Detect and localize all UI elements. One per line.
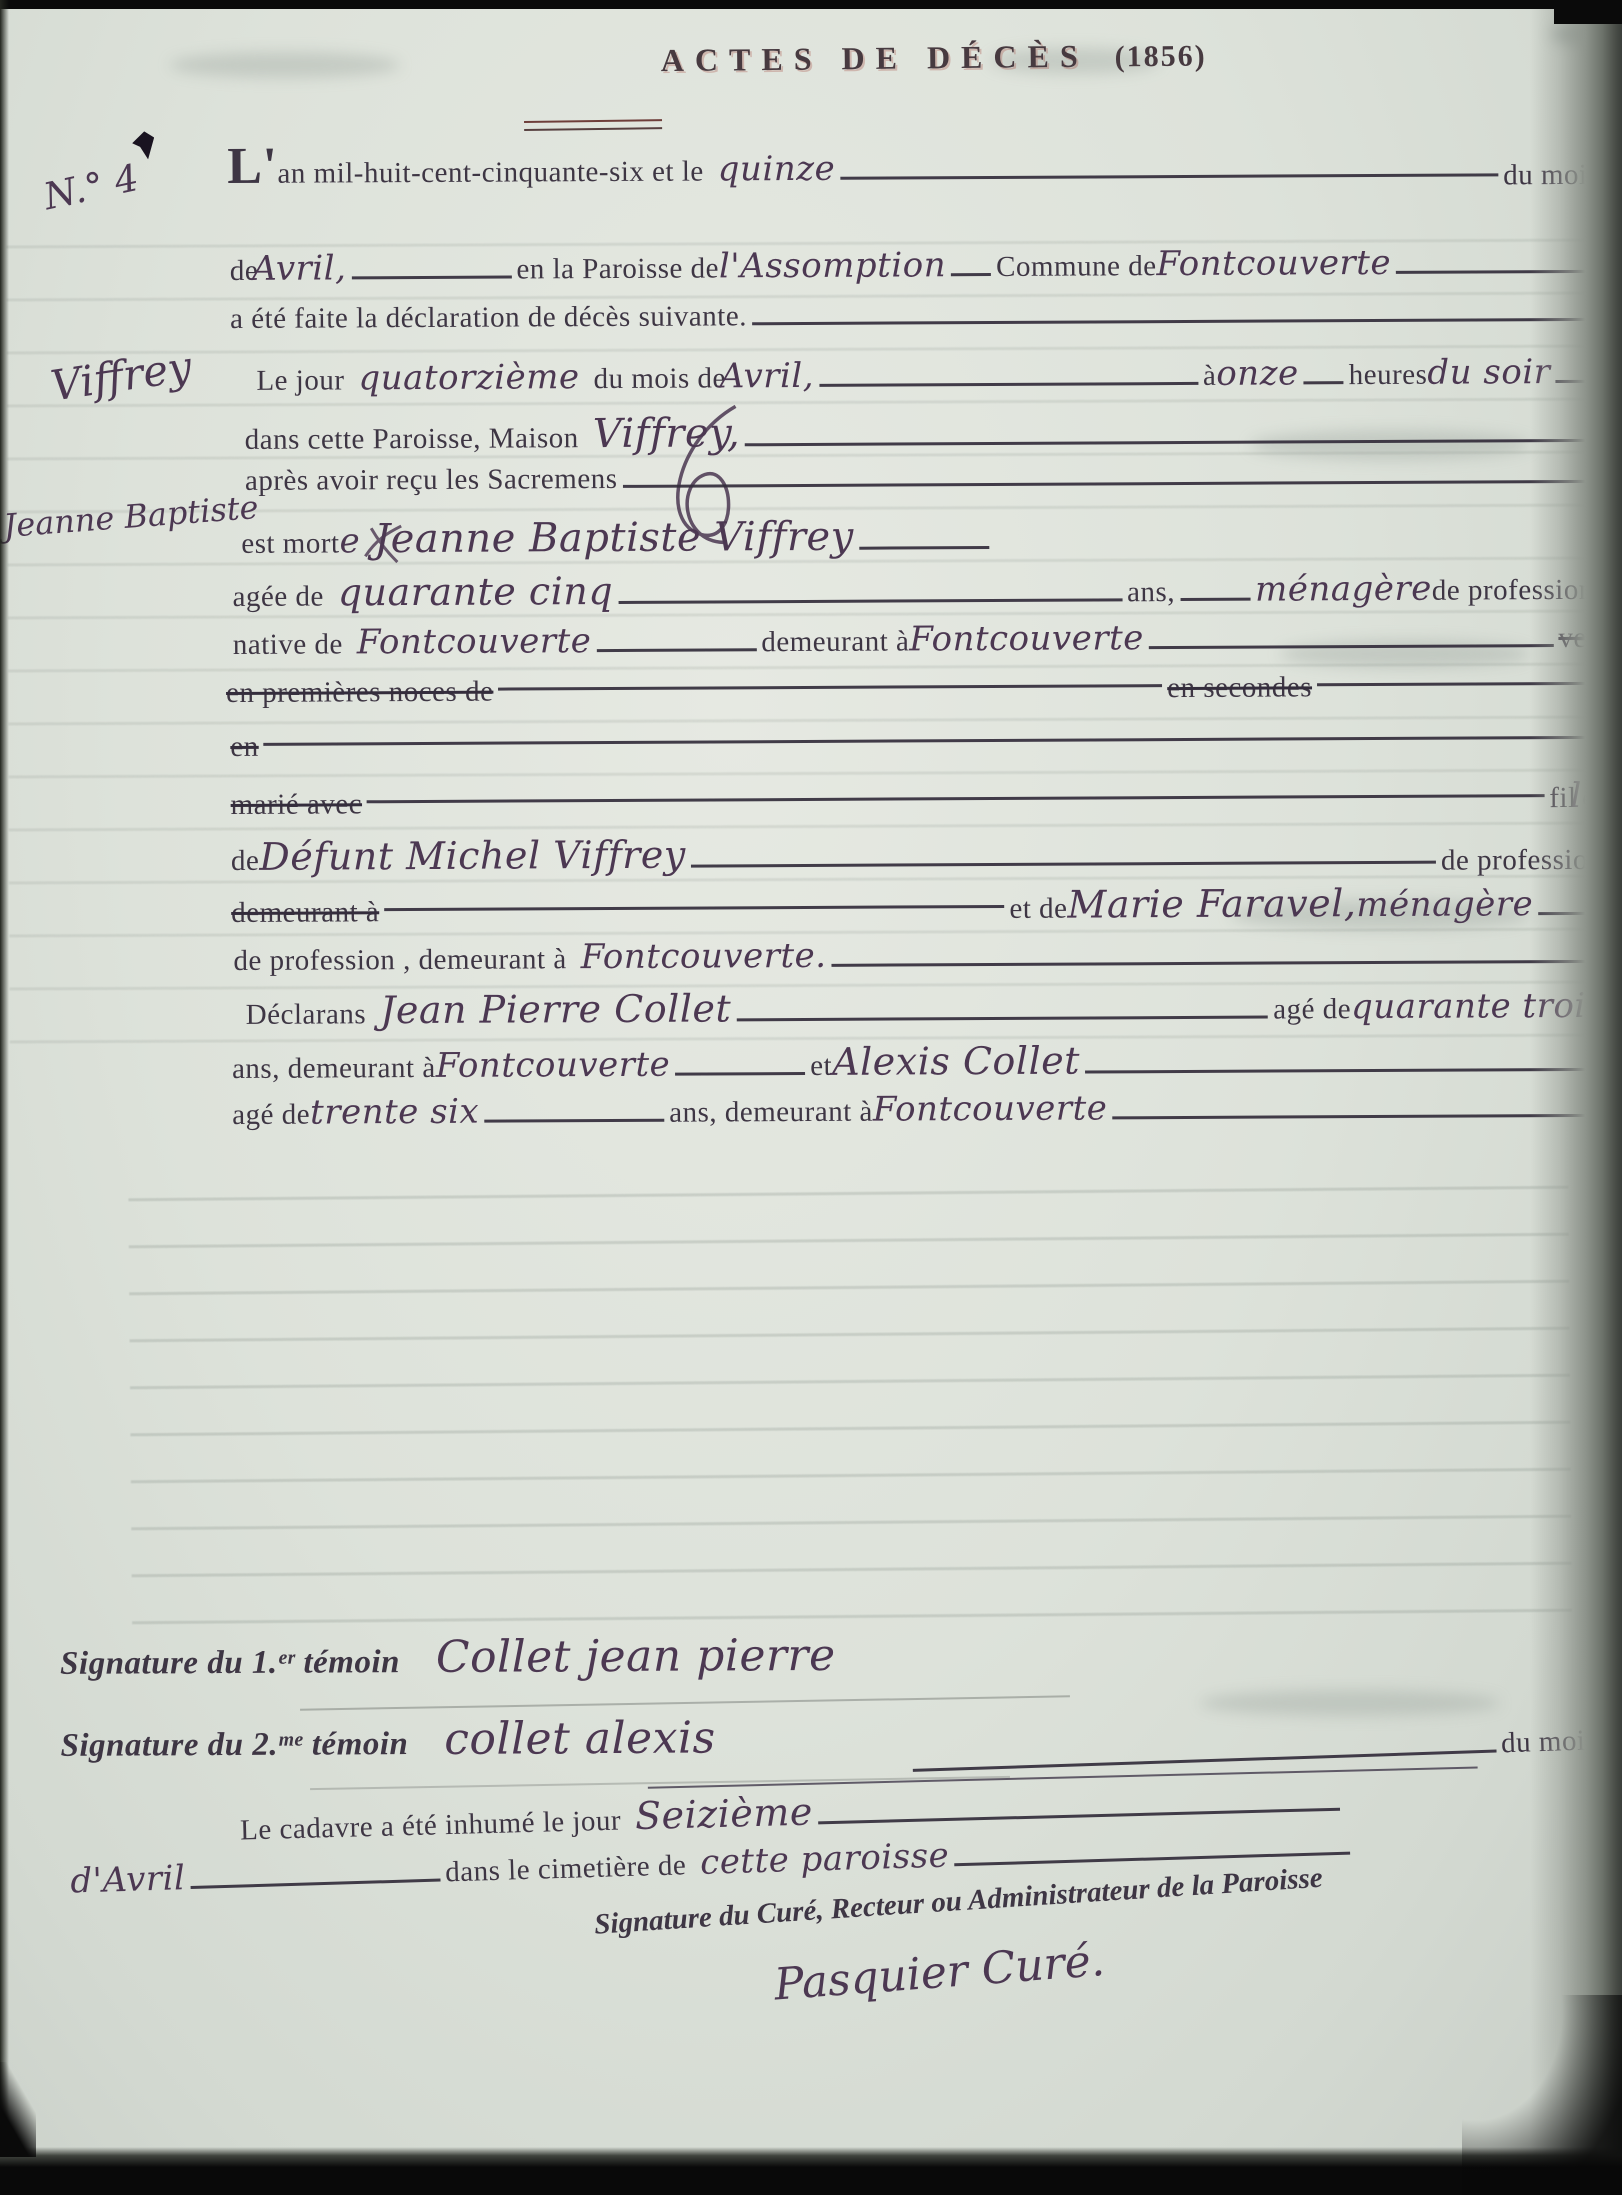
printed-text: de (231, 845, 260, 878)
struck-fill-line (498, 684, 1162, 690)
printed-text: L'an mil-huit-cent-cinquante-six et le (227, 135, 704, 196)
handwritten-text: Marie Faravel, (1067, 881, 1356, 927)
form-line: après avoir reçu les Sacremens (245, 458, 1601, 511)
handwritten-declarant-name: Jean Pierre Collet (380, 986, 731, 1032)
printed-text: du mois de (593, 362, 725, 396)
handwritten-text: Fontcouverte (909, 618, 1144, 659)
ink-blot (132, 131, 154, 159)
handwritten-text: Avril, (252, 248, 346, 288)
printed-text: agé de (232, 1099, 310, 1132)
scan-corner-bottom-left (0, 2062, 36, 2157)
struck-fill-line (367, 794, 1544, 803)
blank-fill-line (951, 273, 991, 276)
scan-corner-top-right (1554, 0, 1622, 24)
handwritten-text: Fontcouverte (873, 1088, 1108, 1129)
handwritten-text: Fontcouverte. (581, 936, 827, 977)
printed-text: et de (1009, 893, 1067, 926)
form-line: marié avec fil le (231, 776, 1603, 829)
form-line: dans cette Paroisse, Maison Viffrey, (245, 406, 1601, 459)
form-line: est mort e Jeanne Baptiste Viffrey (241, 510, 1601, 563)
printed-text: et (810, 1050, 832, 1083)
printed-text: a été faite la déclaration de décès suiv… (230, 300, 747, 336)
printed-text: ans, (1127, 576, 1175, 609)
blank-fill-line (351, 276, 511, 280)
handwritten-text: ménagère (1255, 569, 1432, 610)
printed-text: dans cette Paroisse, Maison (245, 422, 579, 457)
handwritten-text: Fontcouverte (436, 1045, 671, 1086)
handwritten-text: quinze (718, 149, 836, 190)
blank-fill-line (622, 480, 1595, 488)
scanned-death-register-page: ACTES DE DÉCÈS (1856) N.° 4 Viffrey Jean… (0, 0, 1622, 2195)
struck-printed-text: en secondes (1167, 671, 1312, 705)
blank-fill-line (1112, 1114, 1599, 1120)
struck-printed-text: demeurant à (231, 896, 379, 930)
printed-text: demeurant à (761, 625, 909, 659)
printed-text: à (1203, 360, 1217, 393)
handwritten-text: ménagère (1356, 884, 1533, 925)
form-line: a été faite la déclaration de décès suiv… (230, 296, 1600, 349)
form-line: ans, demeurant à Fontcouverte et Alexis … (232, 1036, 1604, 1089)
page-title: ACTES DE DÉCÈS (661, 38, 1089, 79)
page-content: ACTES DE DÉCÈS (1856) N.° 4 Viffrey Jean… (0, 0, 1622, 2195)
scan-edge-top (0, 0, 1622, 9)
blank-fill-line (691, 861, 1436, 868)
blank-fill-line (818, 1808, 1340, 1825)
printed-text: Commune de (996, 250, 1157, 284)
printed-text: après avoir reçu les Sacremens (245, 463, 618, 498)
scan-edge-left (0, 0, 9, 2195)
margin-record-number: N.° 4 (40, 156, 143, 218)
printed-text: Le cadavre a été inhumé le jour (240, 1805, 622, 1848)
witness1-signature: Collet jean pierre (436, 1630, 836, 1683)
scan-corner-bottom-right (1462, 1995, 1622, 2195)
scan-edge-bottom (0, 2147, 1622, 2195)
blank-fill-line (618, 598, 1122, 604)
handwritten-text: Viffrey, (593, 410, 741, 457)
handwritten-text: quarante cinq (338, 569, 614, 614)
handwritten-text: Avril, (720, 356, 814, 396)
blank-fill-line (1180, 598, 1250, 601)
form-line: Déclarans Jean Pierre Collet agé de quar… (246, 982, 1604, 1035)
witness2-signature: collet alexis (444, 1712, 716, 1764)
form-line: agé de trente six ans, demeurant à Fontc… (232, 1086, 1604, 1139)
form-line: L'an mil-huit-cent-cinquante-six et le q… (227, 130, 1599, 183)
blank-fill-line (832, 960, 1599, 967)
printed-text: est mort (241, 527, 339, 561)
handwritten-burial-month: d'Avril (70, 1858, 186, 1901)
printed-text: en la Paroisse de (516, 252, 719, 286)
printed-text: ans, demeurant à (669, 1096, 873, 1130)
form-line: agée de quarante cinq ans, ménagère de p… (232, 564, 1601, 617)
printed-text: agé de (1273, 993, 1351, 1026)
handwritten-gender-correction: e (339, 521, 360, 561)
handwritten-text: onze (1216, 353, 1299, 393)
handwritten-text: Fontcouverte (1156, 243, 1391, 284)
blank-fill-line (1304, 381, 1344, 384)
struck-printed-text: en (230, 731, 259, 764)
blank-fill-line (675, 1072, 805, 1076)
form-line: demeurant à et de Marie Faravel, ménagèr… (231, 880, 1603, 933)
page-binding-shadow (1530, 0, 1622, 2195)
struck-printed-text: en premières noces de (226, 676, 494, 710)
handwritten-deceased-name: Jeanne Baptiste Viffrey (374, 514, 854, 563)
form-line: en (230, 724, 1602, 777)
struck-printed-text: marié avec (231, 788, 363, 822)
handwritten-text: Défunt Michel Viffrey (259, 833, 686, 879)
blank-fill-line (191, 1879, 441, 1889)
handwritten-burial-day: Seizième (634, 1790, 813, 1839)
cure-signature: Pasquier Curé. (772, 1935, 1106, 2011)
margin-deceased-given-names: Jeanne Baptiste (2, 488, 260, 545)
blank-fill-line (859, 546, 989, 550)
form-line: de Avril, en la Paroisse de l'Assomption… (230, 242, 1600, 295)
struck-fill-line (264, 736, 1598, 746)
witness1-signature-row: Signature du 1.ᵉʳ témoin Collet jean pie… (60, 1628, 1160, 1680)
form-line: de Défunt Michel Viffrey de profession (231, 828, 1603, 881)
blank-fill-line (745, 439, 1596, 446)
printed-text: heures (1349, 359, 1428, 392)
form-line: en premières noces de en secondes (226, 670, 1602, 723)
title-underline (524, 119, 662, 131)
printed-text: Déclarans (246, 998, 367, 1032)
form-line: de profession , demeurant à Fontcouverte… (233, 932, 1603, 985)
page-title-year: (1856) (1114, 39, 1206, 74)
printed-text: Le jour (256, 364, 344, 397)
page-header: ACTES DE DÉCÈS (1856) (584, 36, 1284, 80)
handwritten-text: l'Assomption (719, 245, 946, 286)
handwritten-text: Fontcouverte (357, 621, 592, 662)
form-line: native de Fontcouverte demeurant à Fontc… (233, 616, 1602, 669)
printed-text: dans le cimetière de (445, 1849, 687, 1889)
printed-text: native de (233, 628, 343, 662)
printed-text: ans, demeurant à (232, 1052, 436, 1086)
blank-fill-line (752, 318, 1595, 325)
blank-fill-line (484, 1119, 664, 1123)
blank-fill-line (736, 1016, 1268, 1022)
printed-text: de profession , demeurant à (233, 943, 566, 978)
blank-fill-line (840, 173, 1498, 179)
printed-text: agée de (232, 580, 323, 613)
handwritten-burial-place: cette paroisse (700, 1835, 950, 1882)
line-spacer (994, 546, 1601, 549)
witness2-signature-label: Signature du 2.ᵐᵉ témoin (60, 1726, 408, 1765)
blank-fill-line (819, 382, 1198, 387)
handwritten-declarant-name: Alexis Collet (832, 1039, 1080, 1084)
blank-fill-line (1085, 1068, 1599, 1074)
blank-fill-line (1149, 644, 1554, 649)
margin-deceased-surname: Viffrey (48, 342, 195, 411)
blank-fill-line (596, 648, 756, 652)
handwritten-text: quatorzième (358, 357, 579, 398)
handwritten-text: trente six (310, 1092, 479, 1133)
form-line: Le jour quatorzième du mois de Avril, à … (256, 352, 1600, 405)
struck-fill-line (384, 905, 1004, 911)
witness1-signature-label: Signature du 1.ᵉʳ témoin (60, 1644, 400, 1683)
